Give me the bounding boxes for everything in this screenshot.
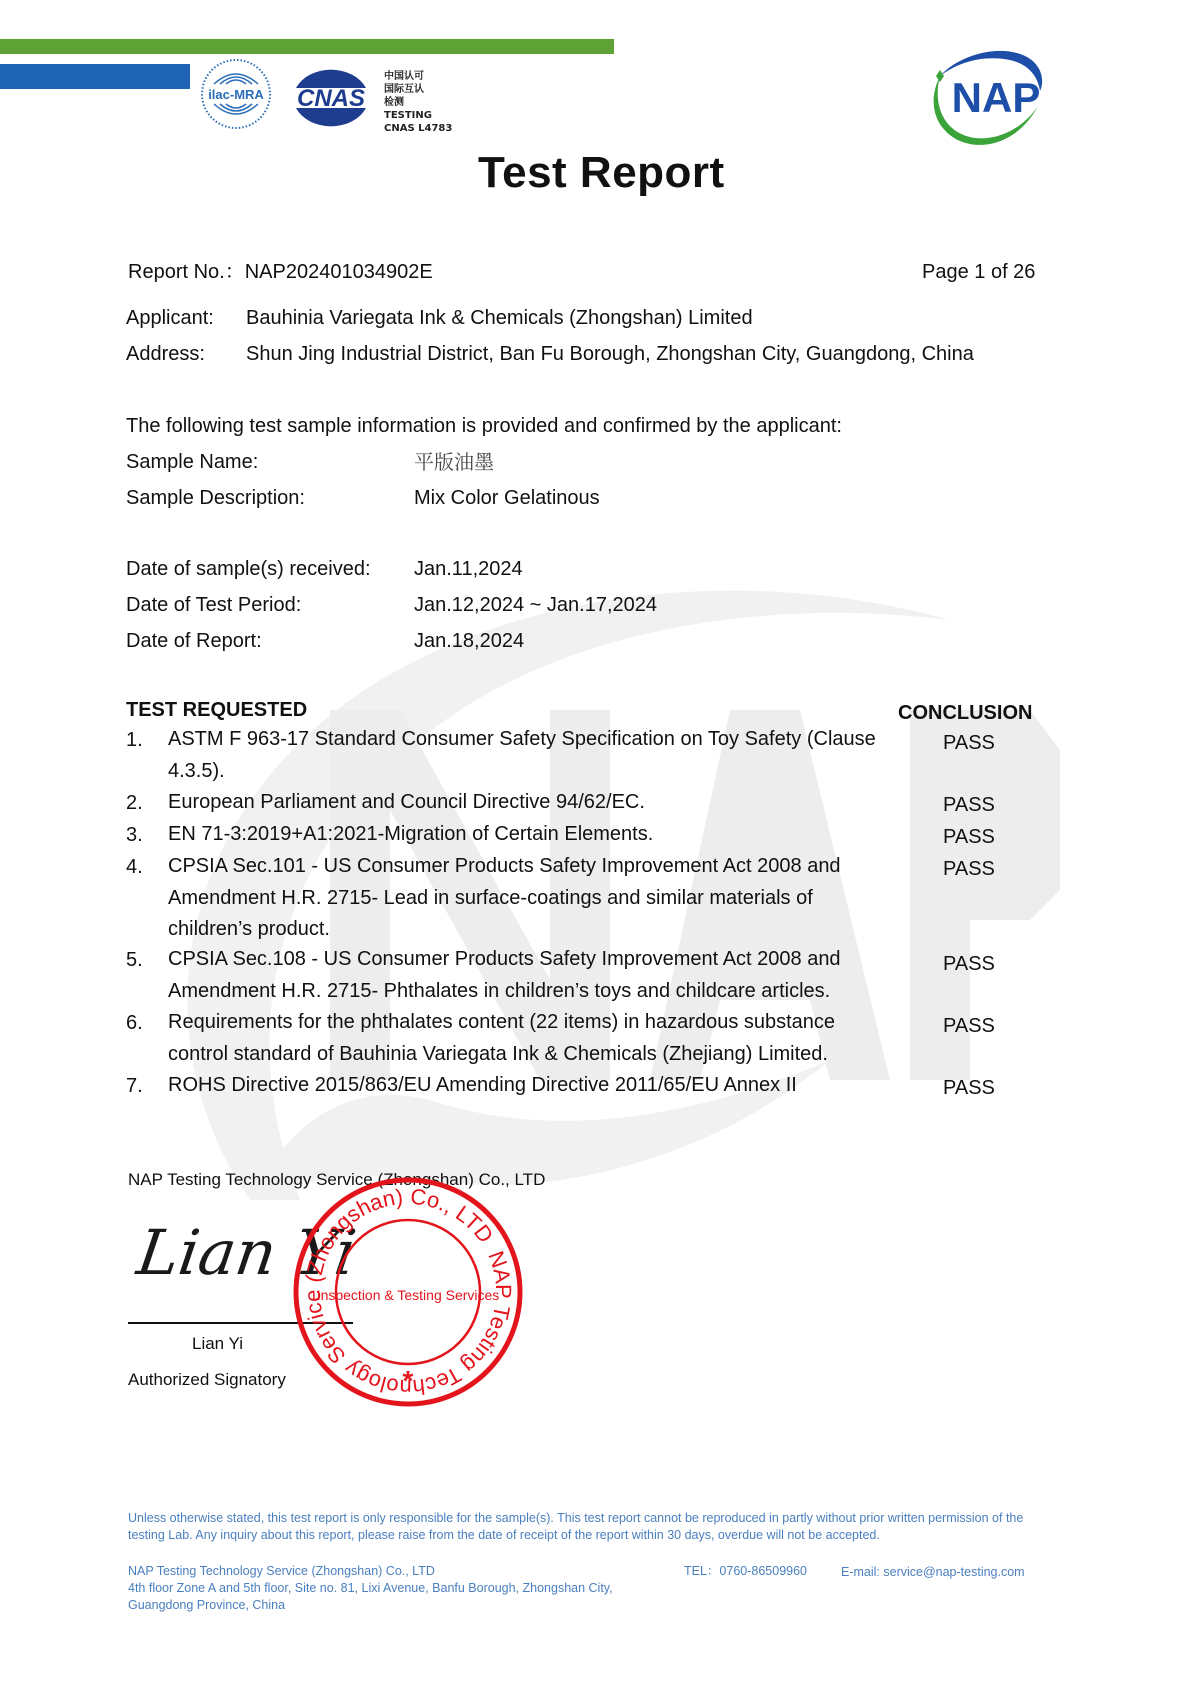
test-item-text: CPSIA Sec.108 - US Consumer Products Saf… [168, 944, 888, 1007]
test-item-text: ROHS Directive 2015/863/EU Amending Dire… [168, 1070, 888, 1102]
svg-text:Inspection & Testing Services: Inspection & Testing Services [317, 1287, 500, 1303]
test-item-number: 1. [126, 728, 143, 752]
test-period-value: Jan.12,2024 ~ Jan.17,2024 [414, 593, 657, 617]
sample-description-label: Sample Description: [126, 486, 305, 510]
report-number: Report No.：NAP202401034902E [128, 260, 433, 284]
header-blue-bar [0, 64, 190, 89]
page-title: Test Report [478, 148, 725, 198]
test-item-number: 3. [126, 823, 143, 847]
footer-disclaimer: Unless otherwise stated, this test repor… [128, 1510, 1023, 1544]
test-period-label: Date of Test Period: [126, 593, 301, 617]
applicant-value: Bauhinia Variegata Ink & Chemicals (Zhon… [246, 306, 753, 330]
test-item-text: European Parliament and Council Directiv… [168, 787, 888, 819]
svg-text:CNAS: CNAS [297, 85, 365, 112]
nap-brand-logo-icon: NAP [930, 46, 1065, 151]
address-value: Shun Jing Industrial District, Ban Fu Bo… [246, 342, 974, 366]
report-number-label: Report No.： [128, 261, 245, 283]
header-green-bar [0, 39, 614, 54]
cnas-logo-icon: CNAS [288, 66, 374, 130]
test-item-number: 7. [126, 1074, 143, 1098]
footer-address-line-1: 4th floor Zone A and 5th floor, Site no.… [128, 1580, 613, 1597]
report-date-label: Date of Report: [126, 629, 262, 653]
date-received-label: Date of sample(s) received: [126, 557, 371, 581]
footer-company: NAP Testing Technology Service (Zhongsha… [128, 1563, 613, 1580]
test-item-result: PASS [943, 1014, 995, 1038]
test-item-result: PASS [943, 793, 995, 817]
report-date-value: Jan.18,2024 [414, 629, 524, 653]
footer-email[interactable]: E-mail: service@nap-testing.com [841, 1564, 1025, 1581]
sample-intro: The following test sample information is… [126, 414, 842, 438]
report-number-value: NAP202401034902E [245, 261, 433, 283]
test-item-result: PASS [943, 1076, 995, 1100]
test-item-text: ASTM F 963-17 Standard Consumer Safety S… [168, 724, 888, 787]
svg-text:NAP: NAP [952, 74, 1041, 121]
address-label: Address: [126, 342, 205, 366]
test-item-result: PASS [943, 825, 995, 849]
test-item-text: Requirements for the phthalates content … [168, 1007, 888, 1070]
test-requested-heading: TEST REQUESTED [126, 698, 307, 722]
signatory-name: Lian Yi [192, 1334, 243, 1354]
date-received-value: Jan.11,2024 [414, 557, 523, 581]
sample-name-value: 平版油墨 [414, 450, 494, 474]
svg-text:*: * [403, 1365, 414, 1396]
test-item-result: PASS [943, 857, 995, 881]
test-item-text: EN 71-3:2019+A1:2021-Migration of Certai… [168, 819, 888, 851]
test-item-number: 6. [126, 1011, 143, 1035]
test-item-text: CPSIA Sec.101 - US Consumer Products Saf… [168, 851, 888, 946]
ilac-mra-logo-icon: ilac-MRA [200, 58, 272, 130]
svg-text:ilac-MRA: ilac-MRA [208, 87, 264, 102]
conclusion-heading: CONCLUSION [898, 701, 1032, 725]
signatory-role: Authorized Signatory [128, 1370, 286, 1390]
company-stamp-icon: NAP Testing Technology Service (Zhongsha… [292, 1176, 524, 1408]
accreditation-text: 中国认可 国际互认 检测 TESTING CNAS L4783 [384, 70, 452, 135]
test-item-number: 5. [126, 948, 143, 972]
applicant-label: Applicant: [126, 306, 214, 330]
footer-address-line-2: Guangdong Province, China [128, 1597, 613, 1614]
footer-company-address: NAP Testing Technology Service (Zhongsha… [128, 1563, 613, 1614]
test-item-number: 2. [126, 791, 143, 815]
page-indicator: Page 1 of 26 [922, 260, 1035, 284]
test-item-number: 4. [126, 855, 143, 879]
test-item-result: PASS [943, 952, 995, 976]
footer-telephone: TEL：0760-86509960 [684, 1563, 807, 1580]
test-item-result: PASS [943, 731, 995, 755]
sample-description-value: Mix Color Gelatinous [414, 486, 600, 510]
sample-name-label: Sample Name: [126, 450, 258, 474]
